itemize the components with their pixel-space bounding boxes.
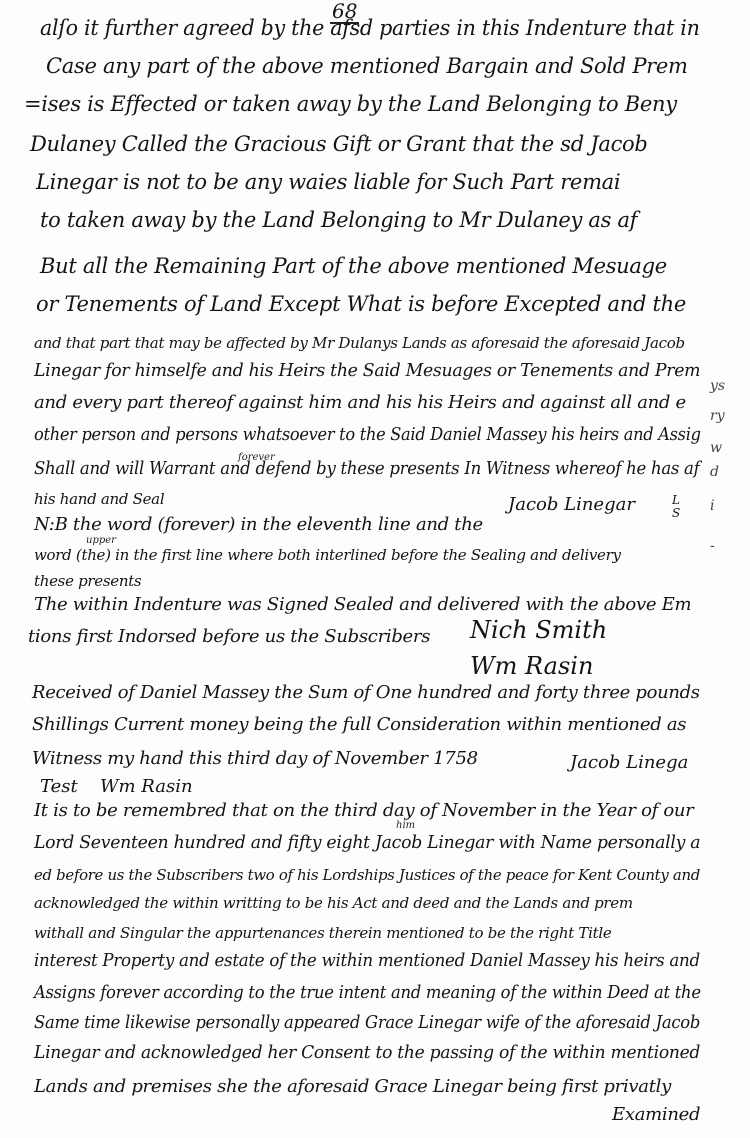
- margin-mark-3: w: [710, 440, 722, 456]
- signature-jacob-linegar-1: Jacob Linegar: [508, 494, 635, 515]
- deed-line-11: and every part thereof against him and h…: [34, 392, 686, 413]
- deed-line-10: Linegar for himselfe and his Heirs the S…: [34, 360, 700, 381]
- test-label: Test: [40, 776, 78, 797]
- deed-line-8: or Tenements of Land Except What is befo…: [36, 292, 686, 316]
- deed-line-24: Lord Seventeen hundred and fifty eight J…: [34, 832, 700, 853]
- deed-line-16: word (the) in the first line where both …: [34, 546, 621, 564]
- deed-line-30: Same time likewise personally appeared G…: [34, 1012, 700, 1033]
- deed-line-1: alſo it further agreed by the afsd parti…: [40, 16, 700, 40]
- signature-wm-rasin: Wm Rasin: [470, 652, 593, 680]
- interlineation-upper: upper: [86, 535, 116, 546]
- deed-line-4: Dulaney Called the Gracious Gift or Gran…: [30, 132, 648, 156]
- deed-line-13: Shall and will Warrant and defend by the…: [34, 458, 699, 479]
- deed-line-20: Received of Daniel Massey the Sum of One…: [32, 682, 700, 703]
- seal-mark: L S: [672, 494, 682, 520]
- signature-jacob-linega-2: Jacob Linega: [570, 752, 688, 773]
- deed-line-9: and that part that may be affected by Mr…: [34, 334, 685, 352]
- deed-line-17: these presents: [34, 572, 141, 590]
- deed-page: 68 alſo it further agreed by the afsd pa…: [0, 0, 750, 1138]
- deed-line-28: interest Property and estate of the with…: [34, 950, 700, 971]
- deed-line-6: to taken away by the Land Belonging to M…: [40, 208, 637, 232]
- deed-line-33: Examined: [612, 1104, 700, 1125]
- signature-nich-smith: Nich Smith: [470, 616, 607, 644]
- deed-line-3: =ises is Effected or taken away by the L…: [24, 92, 677, 116]
- deed-line-32: Lands and premises she the aforesaid Gra…: [34, 1076, 671, 1097]
- deed-line-23: It is to be remembred that on the third …: [34, 800, 694, 821]
- deed-line-15: N:B the word (forever) in the eleventh l…: [34, 514, 483, 535]
- deed-line-29: Assigns forever according to the true in…: [34, 982, 701, 1003]
- deed-line-19: tions first Indorsed before us the Subsc…: [28, 626, 430, 647]
- interlineation-him: him: [396, 820, 415, 831]
- deed-line-18: The within Indenture was Signed Sealed a…: [34, 594, 691, 615]
- margin-mark-5: i: [710, 498, 714, 514]
- margin-mark-4: d: [710, 464, 719, 480]
- deed-line-22: Witness my hand this third day of Novemb…: [32, 748, 478, 769]
- margin-mark-6: -: [710, 538, 715, 554]
- deed-line-2: Case any part of the above mentioned Bar…: [46, 54, 688, 78]
- deed-line-21: Shillings Current money being the full C…: [32, 714, 686, 735]
- deed-line-12: other person and persons whatsoever to t…: [34, 424, 701, 445]
- deed-line-7: But all the Remaining Part of the above …: [40, 254, 667, 278]
- deed-line-25: ed before us the Subscribers two of his …: [34, 866, 700, 884]
- signature-test-wm-rasin: Wm Rasin: [100, 776, 193, 797]
- deed-line-27: withall and Singular the appurtenances t…: [34, 924, 611, 942]
- margin-mark-2: ry: [710, 408, 725, 424]
- deed-line-31: Linegar and acknowledged her Consent to …: [34, 1042, 700, 1063]
- margin-mark-1: ys: [710, 378, 725, 394]
- deed-line-14: his hand and Seal: [34, 490, 164, 508]
- deed-line-26: acknowledged the within writting to be h…: [34, 894, 633, 912]
- deed-line-5: Linegar is not to be any waies liable fo…: [36, 170, 620, 194]
